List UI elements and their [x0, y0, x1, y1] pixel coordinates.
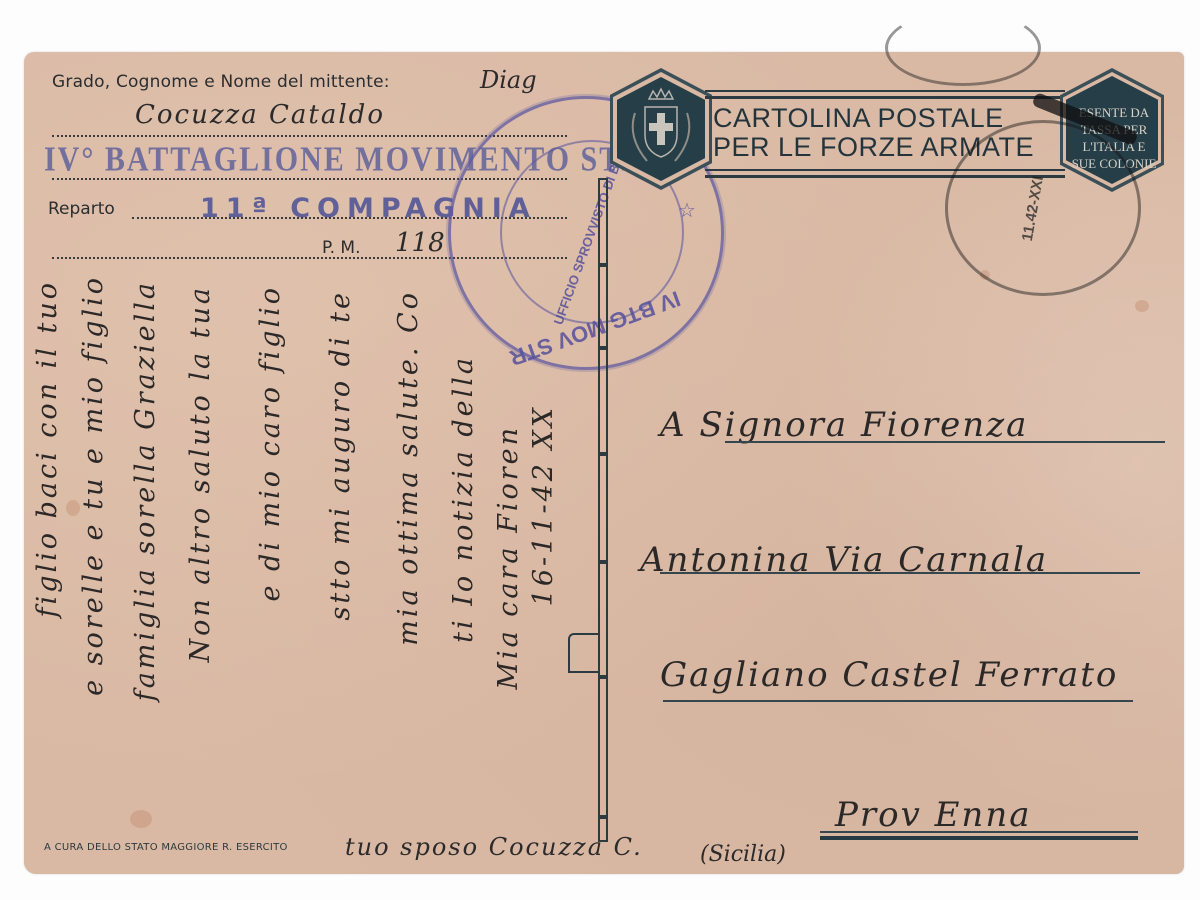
message-line: ti Io notizia della	[448, 355, 479, 643]
message-line: stto mi auguro di te	[325, 290, 356, 620]
divider-notch	[598, 346, 608, 350]
divider-notch	[598, 263, 608, 267]
address-line-4: Prov Enna	[835, 795, 1032, 835]
divider-notch	[598, 675, 608, 679]
star-icon: ☆	[678, 198, 696, 223]
pm-label: P. M.	[322, 238, 360, 258]
address-rule	[725, 441, 1165, 443]
divider-notch	[598, 452, 608, 456]
sender-label: Grado, Cognome e Nome del mittente:	[52, 72, 390, 92]
message-line: Mia cara Fioren	[493, 425, 524, 690]
postmark	[945, 120, 1141, 296]
center-divider	[598, 178, 608, 842]
message-line: e di mio caro figlio	[255, 285, 286, 602]
message-line: mia ottima salute. Co	[393, 290, 424, 646]
printer-credit: A CURA DELLO STATO MAGGIORE R. ESERCITO	[44, 842, 288, 853]
reparto-label: Reparto	[48, 199, 115, 219]
divider-notch	[598, 560, 608, 564]
message-line: Non altro saluto la tua	[185, 285, 216, 663]
header-rule-top	[705, 90, 1065, 99]
message-line: figlio baci con il tuo	[32, 280, 63, 617]
sender-rank: Diag	[480, 66, 537, 94]
postmark-top-arc	[885, 10, 1041, 86]
sender-name: Cocuzza Cataldo	[135, 100, 385, 130]
address-rule	[663, 700, 1133, 702]
card-title-line1: CARTOLINA POSTALE	[713, 104, 1034, 133]
paper-stain	[1135, 300, 1149, 312]
message-line: famiglia sorella Graziella	[130, 280, 161, 701]
message-line: 16-11-42 XX	[528, 405, 559, 606]
address-line-3: Gagliano Castel Ferrato	[660, 655, 1118, 695]
pm-value: 118	[395, 228, 445, 258]
address-region: (Sicilia)	[700, 842, 786, 867]
paper-stain	[130, 810, 152, 828]
signature: tuo sposo Cocuzza C.	[345, 833, 643, 861]
divider-notch	[598, 815, 608, 819]
address-rule	[820, 831, 1138, 833]
message-line: e sorelle e tu e mio figlio	[78, 275, 109, 696]
divider-tab	[568, 633, 600, 673]
address-rule	[660, 572, 1140, 574]
address-rule-heavy	[820, 836, 1138, 840]
address-line-2: Antonina Via Carnala	[640, 540, 1048, 580]
address-line-1: A Signora Fiorenza	[660, 405, 1028, 445]
